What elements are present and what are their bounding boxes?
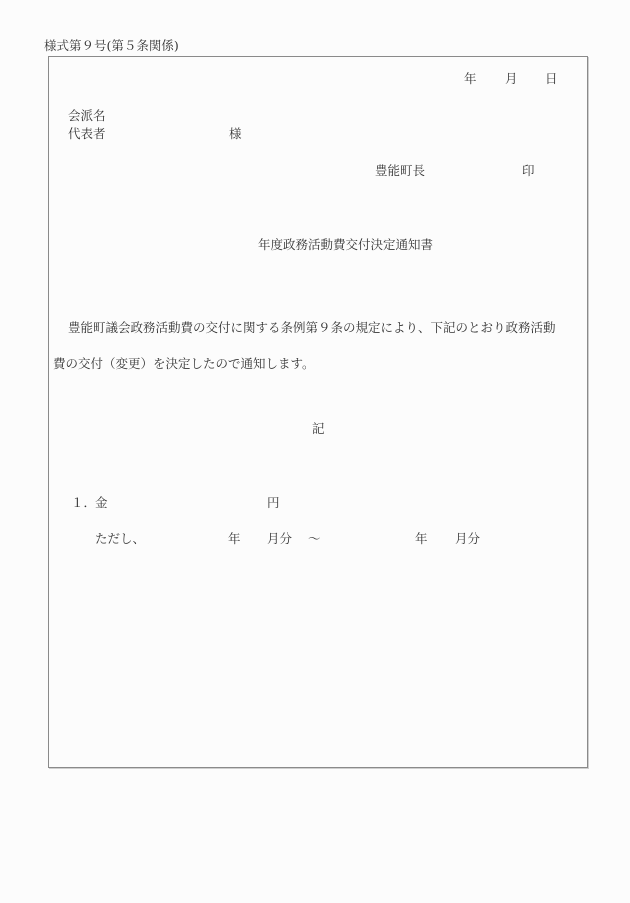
representative-label: 代表者 [68,128,106,141]
form-label: 様式第９号(第５条関係) [44,40,179,53]
seal-mark: 印 [522,165,535,178]
item-number: １． [71,497,96,510]
faction-label: 会派名 [68,110,106,123]
to-month: 月分 [455,533,480,546]
tilde: ～ [308,533,321,546]
sender-title: 豊能町長 [375,165,425,178]
amount-unit: 円 [267,497,280,510]
date-month: 月 [505,73,518,86]
from-month: 月分 [267,533,292,546]
honorific: 様 [229,128,242,141]
body-line-1: 豊能町議会政務活動費の交付に関する条例第９条の規定により、下記のとおり政務活動 [68,322,556,335]
document-title: 年度政務活動費交付決定通知書 [258,239,433,252]
body-line-2: 費の交付（変更）を決定したので通知します。 [53,358,315,371]
date-year: 年 [464,73,477,86]
proviso-label: ただし、 [95,533,145,546]
ki-heading: 記 [312,423,325,436]
from-year: 年 [228,533,241,546]
document-frame [48,56,588,768]
date-day: 日 [545,73,558,86]
to-year: 年 [415,533,428,546]
amount-label: 金 [95,497,108,510]
